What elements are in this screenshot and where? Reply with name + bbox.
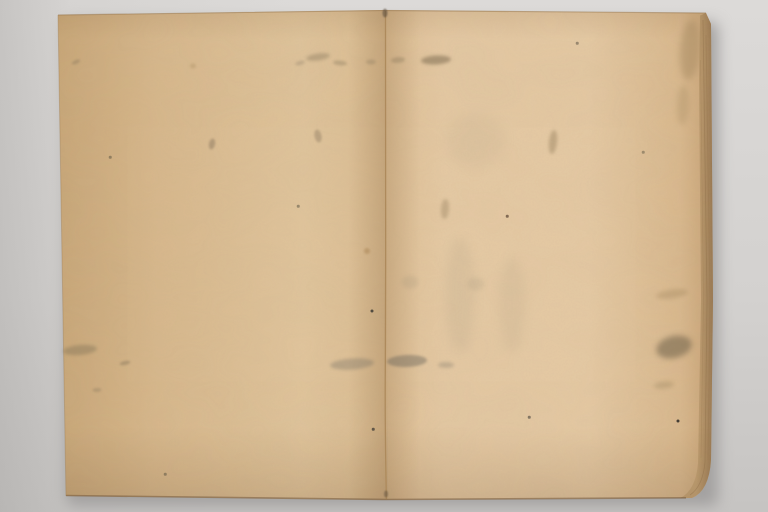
photo-stage bbox=[0, 0, 768, 512]
open-book bbox=[0, 0, 768, 512]
